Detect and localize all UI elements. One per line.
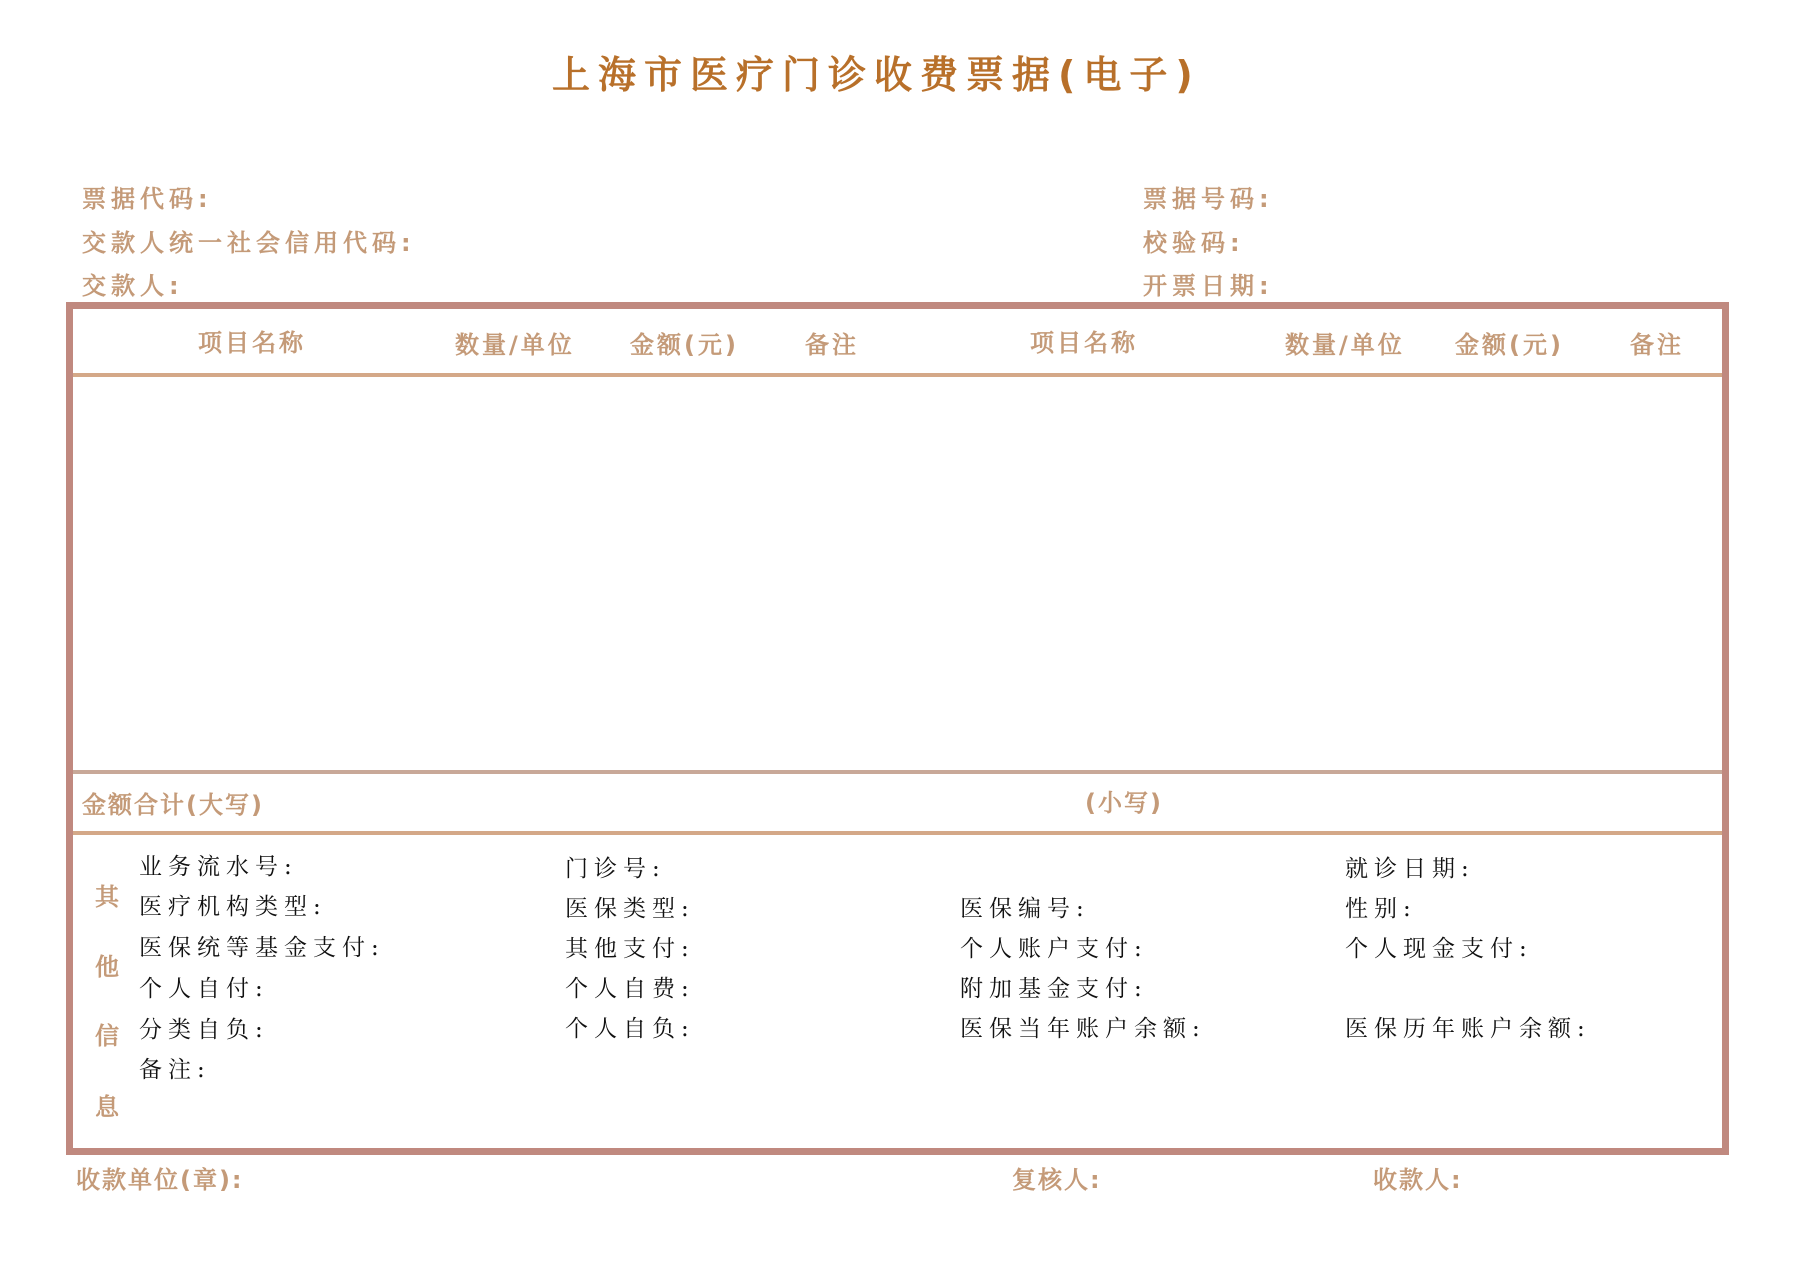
personal-account-payment-label: 个人账户支付: (960, 934, 1148, 964)
invoice-code-label: 票据代码: (82, 184, 213, 214)
col-remark-left: 备注 (805, 330, 859, 360)
remark-label: 备注: (139, 1055, 211, 1085)
other-payment-label: 其他支付: (565, 934, 695, 964)
col-qty-unit-left: 数量/单位 (455, 330, 575, 360)
other-info-char-4: 息 (95, 1092, 119, 1122)
pooled-fund-payment-label: 医保统等基金支付: (139, 933, 385, 963)
category-self-burden-label: 分类自负: (139, 1015, 269, 1045)
invoice-number-label: 票据号码: (1143, 184, 1274, 214)
other-info-char-3: 信 (95, 1021, 119, 1051)
self-expense-label: 个人自费: (565, 974, 695, 1004)
self-pay-label: 个人自付: (139, 974, 269, 1004)
self-burden-label: 个人自负: (565, 1014, 695, 1044)
col-item-name-left: 项目名称 (198, 328, 306, 358)
serial-number-label: 业务流水号: (139, 852, 298, 882)
items-bottom-divider (73, 770, 1722, 774)
page-title: 上海市医疗门诊收费票据(电子) (552, 50, 1242, 100)
payer-credit-code-label: 交款人统一社会信用代码: (82, 228, 416, 258)
col-qty-unit-right: 数量/单位 (1285, 330, 1405, 360)
payee-unit-label: 收款单位(章): (76, 1165, 244, 1195)
other-info-char-1: 其 (95, 882, 119, 912)
reviewer-label: 复核人: (1012, 1165, 1102, 1195)
total-uppercase-label: 金额合计(大写) (82, 790, 264, 820)
gender-label: 性别: (1345, 894, 1417, 924)
col-amount-right: 金额(元) (1455, 330, 1564, 360)
check-code-label: 校验码: (1143, 228, 1245, 258)
items-area (73, 377, 1722, 770)
payee-label: 收款人: (1373, 1165, 1463, 1195)
additional-fund-payment-label: 附加基金支付: (960, 974, 1148, 1004)
totals-bottom-divider (73, 831, 1722, 835)
insurance-type-label: 医保类型: (565, 894, 695, 924)
institution-type-label: 医疗机构类型: (139, 892, 327, 922)
outpatient-number-label: 门诊号: (565, 854, 666, 884)
visit-date-label: 就诊日期: (1345, 854, 1475, 884)
current-year-balance-label: 医保当年账户余额: (960, 1014, 1206, 1044)
col-amount-left: 金额(元) (630, 330, 739, 360)
prior-years-balance-label: 医保历年账户余额: (1345, 1014, 1591, 1044)
other-info-char-2: 他 (95, 952, 119, 982)
col-item-name-right: 项目名称 (1030, 328, 1138, 358)
issue-date-label: 开票日期: (1143, 271, 1274, 301)
payer-label: 交款人: (82, 271, 184, 301)
col-remark-right: 备注 (1630, 330, 1684, 360)
cash-payment-label: 个人现金支付: (1345, 934, 1533, 964)
insurance-number-label: 医保编号: (960, 894, 1090, 924)
total-lowercase-label: (小写) (1085, 788, 1163, 818)
